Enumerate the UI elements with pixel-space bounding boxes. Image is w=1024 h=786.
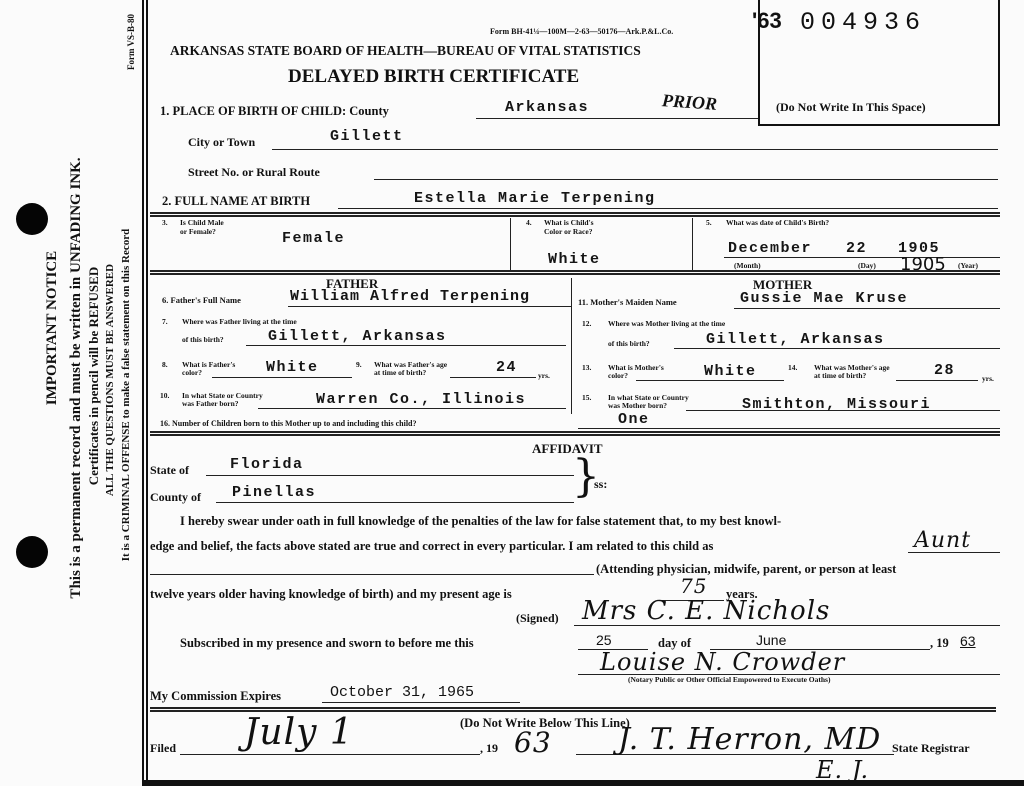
father-residence-num: 7. <box>162 318 168 326</box>
subscribed-label: Subscribed in my presence and sworn to b… <box>180 636 474 651</box>
race-dob-divider <box>692 218 693 270</box>
affidavit-state: Florida <box>230 456 304 473</box>
filed-date: July 1 <box>244 712 354 753</box>
mother-color-label-2: color? <box>608 372 628 380</box>
form-number: Form BH-41¼—100M—2-63—50176—Ark.P.&L.Co. <box>490 28 673 36</box>
mother-age-num: 14. <box>788 364 797 372</box>
sex-label-2: or Female? <box>180 228 216 236</box>
sex-num: 3. <box>162 219 168 227</box>
dob-underline <box>724 257 1000 258</box>
commission-underline <box>322 702 520 703</box>
children-count-label: 16. Number of Children born to this Moth… <box>160 420 417 428</box>
father-residence-label-1: Where was Father living at the time <box>182 318 297 326</box>
father-name-underline <box>288 306 571 307</box>
filed-year: 63 <box>514 726 552 759</box>
filed-date-underline <box>180 754 480 755</box>
mother-birthplace-label-2: was Mother born? <box>608 402 667 410</box>
children-count-underline <box>578 428 1000 429</box>
father-color-label-2: color? <box>182 369 202 377</box>
mother-color-num: 13. <box>582 364 591 372</box>
birth-county: Arkansas <box>505 99 589 116</box>
sidebar-notice-title: IMPORTANT NOTICE <box>44 178 61 478</box>
day-caption: (Day) <box>858 262 876 270</box>
mother-birthplace-num: 15. <box>582 394 591 402</box>
child-race: White <box>548 251 601 268</box>
filed-year-prefix: , 19 <box>480 741 498 756</box>
record-box-note: (Do Not Write In This Space) <box>776 100 926 115</box>
mother-residence-label-1: Where was Mother living at the time <box>608 320 725 328</box>
sidebar-form-code: Form VS-B-80 <box>126 2 136 82</box>
mother-color-underline <box>636 380 784 381</box>
father-residence-label-2: of this birth? <box>182 336 224 344</box>
city-underline <box>272 149 998 150</box>
sex-label-1: Is Child Male <box>180 219 224 227</box>
sworn-month: June <box>756 632 786 648</box>
birth-city: Gillett <box>330 128 404 145</box>
father-age: 24 <box>496 359 517 376</box>
commission-expires: October 31, 1965 <box>330 684 474 701</box>
affidavit-state-underline <box>206 475 574 476</box>
mother-birthplace: Smithton, Missouri <box>742 396 931 413</box>
mother-name-underline <box>734 308 1000 309</box>
divider-after-parents <box>150 431 1000 436</box>
race-label-1: What is Child's <box>544 219 594 227</box>
father-residence-underline <box>246 345 566 346</box>
dob-label: What was date of Child's Birth? <box>726 219 829 227</box>
father-birthplace-num: 10. <box>160 392 169 400</box>
year-caption: (Year) <box>958 262 978 270</box>
full-name-label: 2. FULL NAME AT BIRTH <box>162 194 310 209</box>
dob-day: 22 <box>846 240 867 257</box>
father-age-underline <box>450 377 536 378</box>
divider-after-name <box>150 212 1000 217</box>
agency-name: ARKANSAS STATE BOARD OF HEALTH—BUREAU OF… <box>170 43 641 59</box>
father-name-label: 6. Father's Full Name <box>162 296 241 305</box>
oath-line-1: I hereby swear under oath in full knowle… <box>180 514 781 529</box>
certificate-number: 004936 <box>800 8 926 37</box>
father-name: William Alfred Terpening <box>290 288 530 305</box>
signed-label: (Signed) <box>516 611 559 626</box>
notary-signature: Louise N. Crowder <box>600 648 845 676</box>
county-underline <box>476 118 758 119</box>
mother-name-label: 11. Mother's Maiden Name <box>578 298 677 307</box>
affidavit-county-label: County of <box>150 490 201 505</box>
sidebar-notice-line4: It is a CRIMINAL OFFENSE to make a false… <box>120 145 132 645</box>
city-label: City or Town <box>188 135 255 150</box>
record-year-prefix: '63 <box>752 8 782 34</box>
dob-num: 5. <box>706 219 712 227</box>
mother-age-underline <box>896 380 978 381</box>
father-birthplace: Warren Co., Illinois <box>316 391 526 408</box>
affidavit-county-underline <box>216 502 574 503</box>
mother-age-label-2: at time of birth? <box>814 372 866 380</box>
mother-age: 28 <box>934 362 955 379</box>
sidebar-notice-line3: ALL THE QUESTIONS MUST BE ANSWERED <box>104 200 116 560</box>
sworn-year-prefix: , 19 <box>930 636 949 651</box>
father-color-underline <box>212 377 352 378</box>
father-mother-divider <box>571 278 572 414</box>
father-birthplace-underline <box>258 408 566 409</box>
father-age-label-2: at time of birth? <box>374 369 426 377</box>
affidavit-ss: ss: <box>594 477 607 492</box>
mother-residence-num: 12. <box>582 320 591 328</box>
mother-color: White <box>704 363 757 380</box>
street-underline <box>374 179 998 180</box>
mother-residence-label-2: of this birth? <box>608 340 650 348</box>
sworn-day: 25 <box>596 632 612 648</box>
left-border-rule <box>142 0 148 786</box>
mother-name: Gussie Mae Kruse <box>740 290 908 307</box>
affiant-relation: Aunt <box>914 528 971 553</box>
filed-label: Filed <box>150 741 176 756</box>
affiant-signature: Mrs C. E. Nichols <box>582 596 830 626</box>
father-color: White <box>266 359 319 376</box>
affidavit-state-label: State of <box>150 463 189 478</box>
father-age-num: 9. <box>356 361 362 369</box>
commission-label: My Commission Expires <box>150 689 281 704</box>
sworn-year: 63 <box>960 633 976 649</box>
divider-after-child <box>150 270 1000 275</box>
mother-age-unit: yrs. <box>982 375 994 383</box>
relation-continuation-underline <box>150 574 594 575</box>
children-count: One <box>618 411 650 428</box>
mother-residence-underline <box>674 348 1000 349</box>
street-label: Street No. or Rural Route <box>188 165 320 180</box>
affiant-age: 75 <box>680 574 707 598</box>
relation-caption: (Attending physician, midwife, parent, o… <box>596 562 896 577</box>
sidebar-notice-line1: This is a permanent record and must be w… <box>68 78 85 678</box>
father-color-num: 8. <box>162 361 168 369</box>
race-label-2: Color or Race? <box>544 228 592 236</box>
affiant-age-label: twelve years older having knowledge of b… <box>150 587 512 602</box>
punch-hole-bottom <box>16 536 48 568</box>
child-sex: Female <box>282 230 345 247</box>
prior-stamp: PRIOR <box>661 90 717 115</box>
dob-month: December <box>728 240 812 257</box>
affidavit-county: Pinellas <box>232 484 316 501</box>
race-num: 4. <box>526 219 532 227</box>
notary-caption: (Notary Public or Other Official Empower… <box>628 676 830 684</box>
page-title: DELAYED BIRTH CERTIFICATE <box>288 66 579 88</box>
sex-race-divider <box>510 218 511 270</box>
child-full-name: Estella Marie Terpening <box>414 190 656 207</box>
bottom-border <box>142 780 1024 786</box>
father-residence: Gillett, Arkansas <box>268 328 447 345</box>
full-name-underline <box>338 208 998 209</box>
place-of-birth-label: 1. PLACE OF BIRTH OF CHILD: County <box>160 104 389 119</box>
father-birthplace-label-2: was Father born? <box>182 400 239 408</box>
sidebar-notice-line2: Certificates in pencil will be REFUSED <box>86 216 102 536</box>
oath-line-2: edge and belief, the facts above stated … <box>150 539 713 554</box>
registrar-label: State Registrar <box>892 741 970 756</box>
mother-residence: Gillett, Arkansas <box>706 331 885 348</box>
registrar-signature: J. T. Herron, MD <box>618 722 881 757</box>
father-age-unit: yrs. <box>538 372 550 380</box>
month-caption: (Month) <box>734 262 761 270</box>
